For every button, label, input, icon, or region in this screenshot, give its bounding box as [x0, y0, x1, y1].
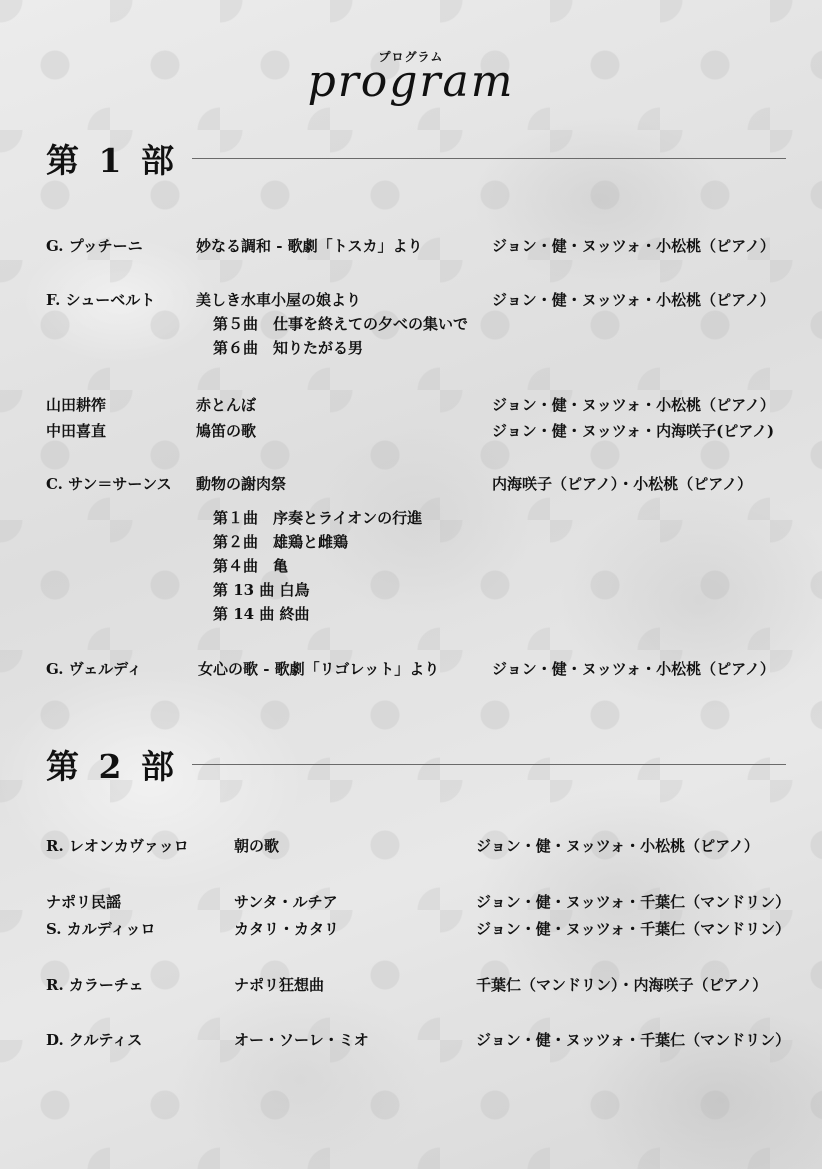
work: 赤とんぼ	[196, 395, 256, 415]
part2-divider	[192, 764, 786, 765]
composer: G. ヴェルディ	[46, 659, 142, 679]
performers: ジョン・健・ヌッツォ・小松桃（ピアノ）	[492, 395, 775, 415]
title-script: program	[0, 52, 822, 112]
work: 朝の歌	[234, 836, 279, 856]
movement: 第 14 曲 終曲	[213, 604, 310, 624]
work: 妙なる調和 - 歌劇「トスカ」より	[196, 236, 423, 256]
movement: 第 13 曲 白鳥	[213, 580, 310, 600]
work: 女心の歌 - 歌劇「リゴレット」より	[198, 659, 439, 679]
performers: ジョン・健・ヌッツォ・小松桃（ピアノ）	[476, 836, 759, 856]
performers: ジョン・健・ヌッツォ・千葉仁（マンドリン）	[476, 1030, 790, 1050]
performers: ジョン・健・ヌッツォ・千葉仁（マンドリン）	[476, 892, 790, 912]
movement: 第５曲 仕事を終えての夕べの集いで	[213, 314, 468, 334]
performers: 千葉仁（マンドリン）・内海咲子（ピアノ）	[476, 975, 767, 995]
composer: S. カルディッロ	[46, 919, 156, 939]
movement: 第４曲 亀	[213, 556, 288, 576]
work: サンタ・ルチア	[234, 892, 338, 912]
performers: ジョン・健・ヌッツォ・小松桃（ピアノ）	[492, 290, 775, 310]
part1-divider	[192, 158, 786, 159]
work: 美しき水車小屋の娘より	[196, 290, 361, 310]
part1-heading-label: 第 1 部	[46, 135, 178, 182]
performers: ジョン・健・ヌッツォ・内海咲子(ピアノ)	[492, 421, 774, 441]
performers: ジョン・健・ヌッツォ・小松桃（ピアノ）	[492, 659, 775, 679]
composer: C. サン＝サーンス	[46, 474, 172, 494]
work: カタリ・カタリ	[234, 919, 339, 939]
movement: 第６曲 知りたがる男	[213, 338, 363, 358]
part2-heading-label: 第 2 部	[46, 741, 178, 788]
performers: 内海咲子（ピアノ）・小松桃（ピアノ）	[492, 474, 752, 494]
performers: ジョン・健・ヌッツォ・千葉仁（マンドリン）	[476, 919, 790, 939]
work: ナポリ狂想曲	[234, 975, 324, 995]
part1-heading: 第 1 部	[46, 138, 786, 178]
program-page: プログラム program 第 1 部 G. プッチーニ 妙なる調和 - 歌劇「…	[0, 0, 822, 1169]
composer: F. シューベルト	[46, 290, 155, 310]
movement: 第１曲 序奏とライオンの行進	[213, 508, 422, 528]
movement: 第２曲 雄鶏と雌鶏	[213, 532, 348, 552]
work: 動物の謝肉祭	[196, 474, 286, 494]
composer: 山田耕筰	[46, 395, 106, 415]
composer: ナポリ民謡	[46, 892, 121, 912]
composer: D. クルティス	[46, 1030, 142, 1050]
performers: ジョン・健・ヌッツォ・小松桃（ピアノ）	[492, 236, 775, 256]
composer: R. レオンカヴァッロ	[46, 836, 189, 856]
composer: G. プッチーニ	[46, 236, 143, 256]
part2-heading: 第 2 部	[46, 744, 786, 784]
work: 鳩笛の歌	[196, 421, 256, 441]
composer: 中田喜直	[46, 421, 106, 441]
composer: R. カラーチェ	[46, 975, 143, 995]
work: オー・ソーレ・ミオ	[234, 1030, 369, 1050]
